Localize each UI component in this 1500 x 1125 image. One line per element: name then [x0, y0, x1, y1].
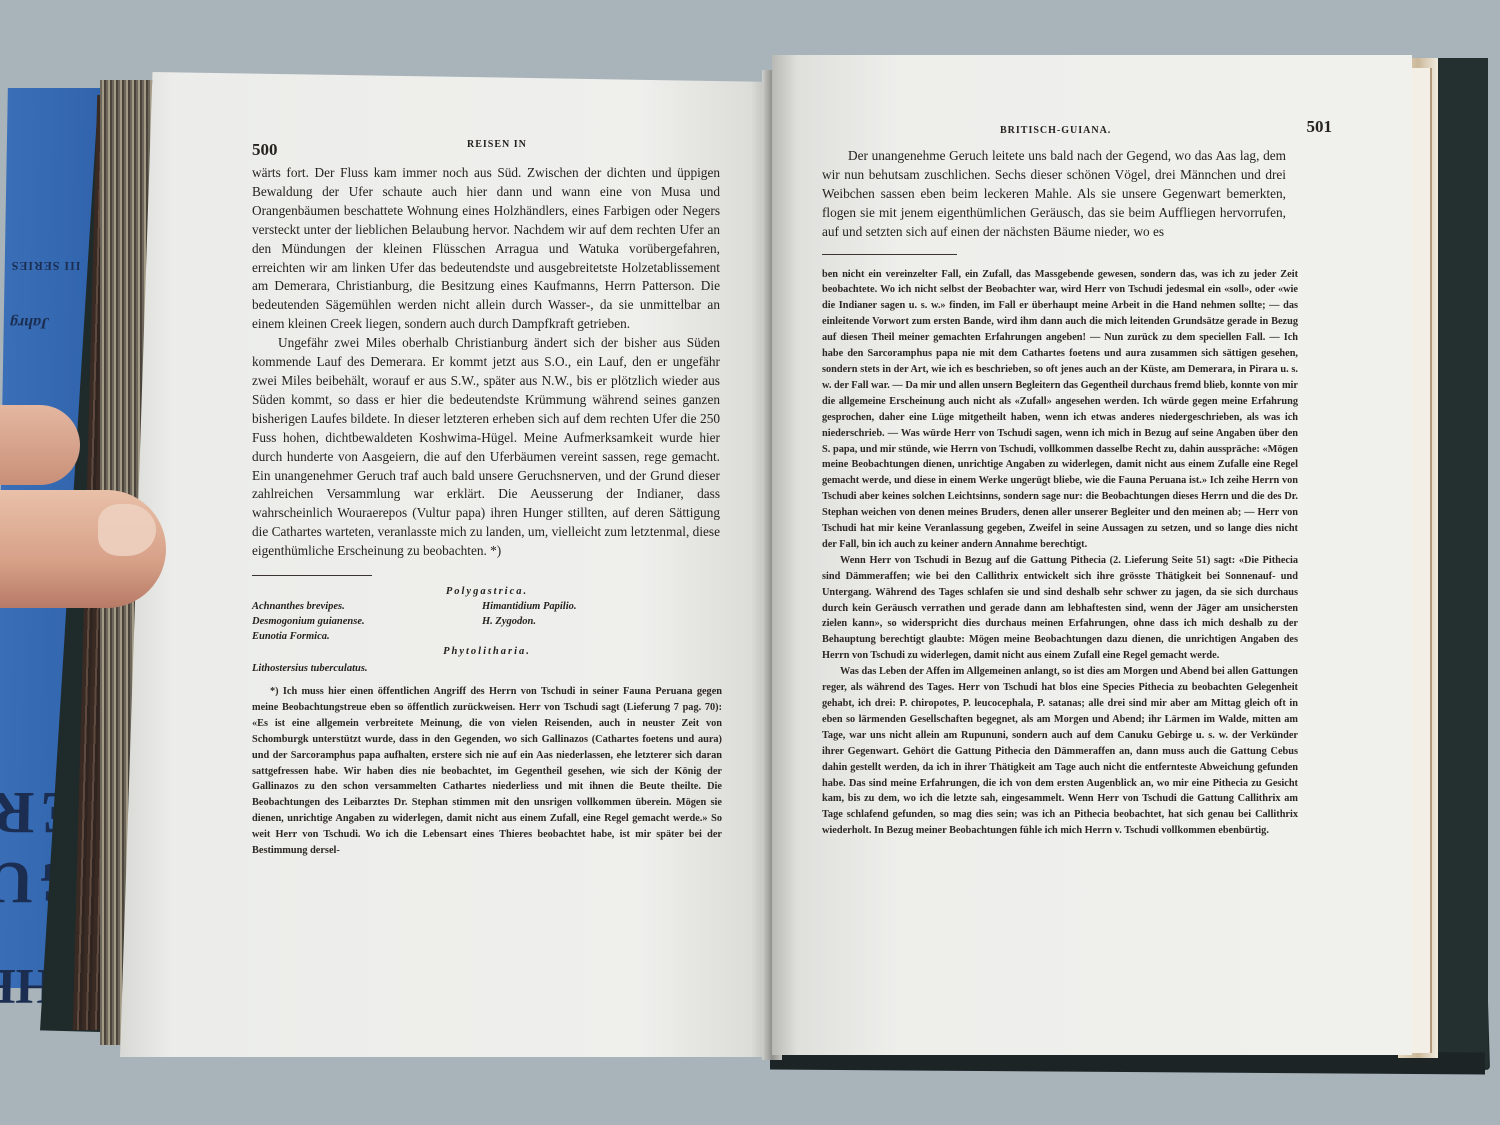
thumbnail: [98, 504, 156, 556]
running-head-right: BRITISCH-GUIANA.: [1000, 125, 1111, 136]
left-body-text: wärts fort. Der Fluss kam immer noch aus…: [252, 164, 720, 561]
blue-book-text: Jahrg: [10, 313, 49, 331]
paragraph: wärts fort. Der Fluss kam immer noch aus…: [252, 164, 720, 334]
right-page-edges: [1410, 68, 1432, 1053]
thumb: [0, 490, 166, 608]
species-heading: Phytolitharia.: [252, 646, 722, 657]
footnote-rule: [822, 254, 957, 255]
right-running-head: BRITISCH-GUIANA. 501: [822, 117, 1332, 147]
right-page: BRITISCH-GUIANA. 501 Der unangenehme Ger…: [772, 55, 1412, 1055]
running-head-left: REISEN IN: [467, 139, 527, 150]
footnote-text: Wenn Herr von Tschudi in Bezug auf die G…: [822, 553, 1298, 664]
right-body-text: Der unangenehme Geruch leitete uns bald …: [822, 147, 1286, 242]
left-footnote: *) Ich muss hier einen öffentlichen Angr…: [252, 684, 722, 859]
left-page: 500 REISEN IN wärts fort. Der Fluss kam …: [120, 72, 770, 1057]
species-item: Desmogonium guianense.: [252, 614, 482, 629]
species-list: Polygastrica. Achnanthes brevipes. Himan…: [252, 586, 722, 676]
page-number-right: 501: [1307, 117, 1333, 137]
index-finger: [0, 405, 80, 485]
photo-scene: III SERIES Jahrg ER GU HE 500 REISEN IN …: [0, 0, 1500, 1125]
species-heading: Polygastrica.: [252, 586, 722, 597]
species-item: Achnanthes brevipes.: [252, 599, 482, 614]
species-grid: Achnanthes brevipes. Himantidium Papilio…: [252, 599, 722, 644]
species-item: Himantidium Papilio.: [482, 599, 722, 614]
paragraph: Ungefähr zwei Miles oberhalb Christianbu…: [252, 334, 720, 561]
left-running-head: 500 REISEN IN: [252, 134, 730, 164]
species-item: Eunotia Formica.: [252, 629, 482, 644]
species-item: Lithostersius tuberculatus.: [252, 661, 722, 676]
footnote-text: *) Ich muss hier einen öffentlichen Angr…: [252, 684, 722, 859]
species-item: H. Zygodon.: [482, 614, 722, 629]
footnote-text: ben nicht ein vereinzelter Fall, ein Zuf…: [822, 267, 1298, 553]
book-back-board: [1430, 58, 1488, 1068]
right-footnote: ben nicht ein vereinzelter Fall, ein Zuf…: [822, 267, 1298, 840]
footnote-rule: [252, 575, 372, 576]
paragraph: Der unangenehme Geruch leitete uns bald …: [822, 147, 1286, 242]
footnote-text: Was das Leben der Affen im Allgemeinen a…: [822, 664, 1298, 839]
page-number-left: 500: [252, 140, 278, 160]
blue-book-text: III SERIES: [11, 258, 81, 273]
